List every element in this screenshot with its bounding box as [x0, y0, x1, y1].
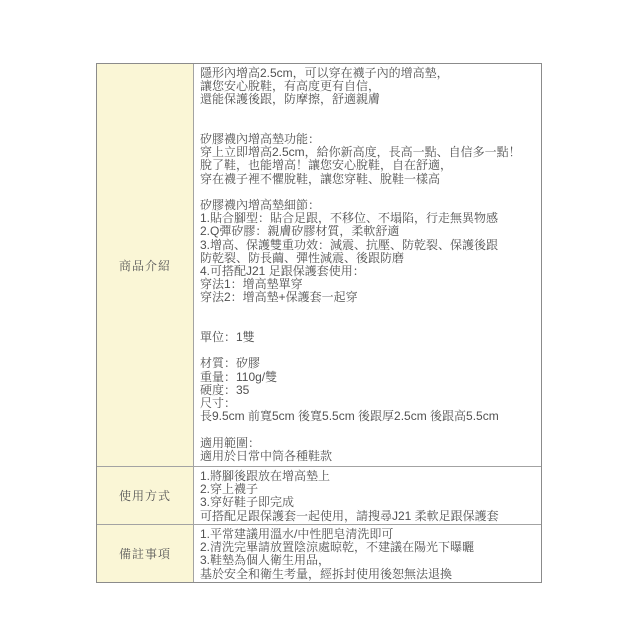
row-label-text: 備註事項 — [119, 545, 171, 562]
row-label-text: 使用方式 — [119, 487, 171, 504]
row-content-usage: 1.將腳後跟放在增高墊上 2.穿上襪子 3.穿好鞋子即完成 可搭配足跟保護套一起… — [194, 467, 541, 524]
table-row-notes: 備註事項 1.平常建議用溫水/中性肥皂清洗即可 2.清洗完畢請放置陰涼處晾乾，不… — [97, 524, 541, 582]
table-row-product-intro: 商品介紹 隱形內增高2.5cm，可以穿在襪子內的增高墊， 讓您安心脫鞋，有高度更… — [97, 64, 541, 466]
table-row-usage: 使用方式 1.將腳後跟放在增高墊上 2.穿上襪子 3.穿好鞋子即完成 可搭配足跟… — [97, 466, 541, 524]
row-content-notes: 1.平常建議用溫水/中性肥皂清洗即可 2.清洗完畢請放置陰涼處晾乾，不建議在陽光… — [194, 525, 541, 582]
row-label-usage: 使用方式 — [97, 467, 194, 524]
product-info-table: 商品介紹 隱形內增高2.5cm，可以穿在襪子內的增高墊， 讓您安心脫鞋，有高度更… — [96, 63, 542, 583]
row-label-product-intro: 商品介紹 — [97, 64, 194, 466]
page: 商品介紹 隱形內增高2.5cm，可以穿在襪子內的增高墊， 讓您安心脫鞋，有高度更… — [0, 0, 640, 640]
row-content-product-intro: 隱形內增高2.5cm，可以穿在襪子內的增高墊， 讓您安心脫鞋，有高度更有自信， … — [194, 64, 541, 466]
row-label-text: 商品介紹 — [119, 257, 171, 274]
row-label-notes: 備註事項 — [97, 525, 194, 582]
